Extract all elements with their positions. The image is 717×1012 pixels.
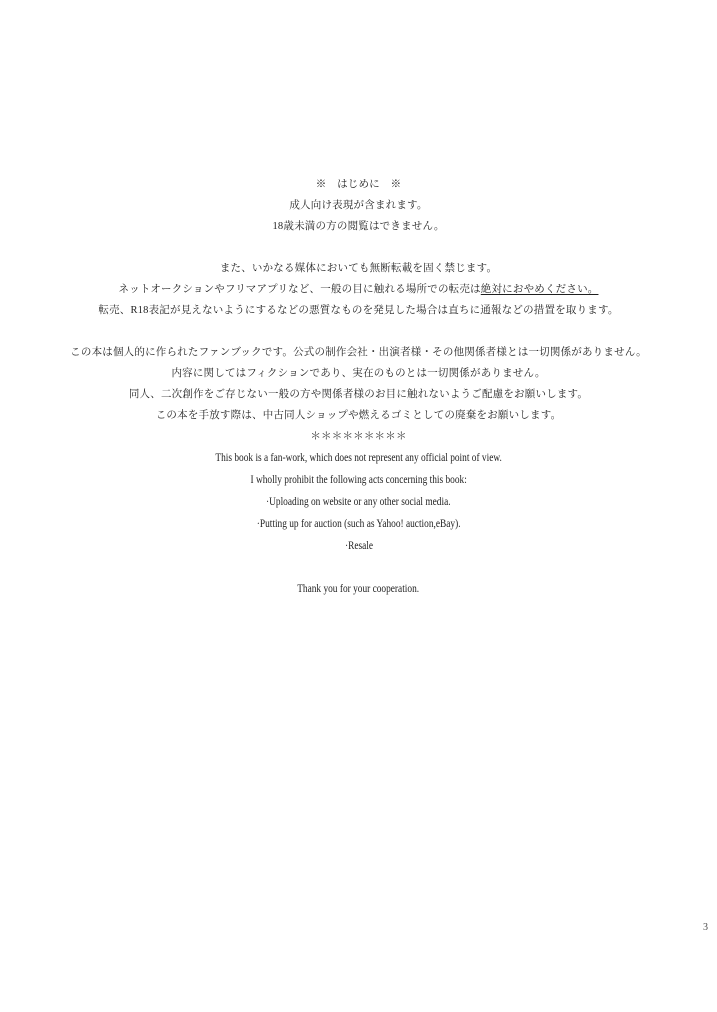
- report-line: 転売、R18表記が見えないようにするなどの悪質なものを発見した場合は直ちに通報な…: [0, 300, 717, 321]
- notice-text-column: ※ はじめに ※ 成人向け表現が含まれます。 18歳未満の方の閲覧はできません。…: [0, 174, 717, 600]
- en-resale-item: ·Resale: [0, 535, 717, 557]
- closing-line: Thank you for your cooperation.: [0, 578, 717, 600]
- adult-content-line: 成人向け表現が含まれます。: [0, 195, 717, 216]
- repost-warning-block: また、いかなる媒体においても無断転載を固く禁じます。 ネットオークションやフリマ…: [0, 258, 717, 321]
- fanbook-line: この本は個人的に作られたファンブックです。公式の制作会社・出演者様・その他関係者…: [0, 342, 717, 363]
- scanned-document-page: ※ はじめに ※ 成人向け表現が含まれます。 18歳未満の方の閲覧はできません。…: [0, 0, 717, 1012]
- en-auction-item: ·Putting up for auction (such as Yahoo! …: [0, 513, 717, 535]
- consideration-line: 同人、二次創作をご存じない一般の方や関係者様のお目に触れないようご配慮をお願いし…: [0, 384, 717, 405]
- age-restriction-line: 18歳未満の方の閲覧はできません。: [0, 216, 717, 237]
- page-number: 3: [703, 921, 708, 935]
- disposal-line: この本を手放す際は、中古同人ショップや燃えるゴミとしての廃棄をお願いします。: [0, 405, 717, 426]
- en-fanwork-line: This book is a fan-work, which does not …: [0, 447, 717, 469]
- header-block: ※ はじめに ※ 成人向け表現が含まれます。 18歳未満の方の閲覧はできません。: [0, 174, 717, 237]
- no-resale-underlined-text: 絶対におやめください。: [481, 284, 599, 295]
- no-resale-prefix: ネットオークションやフリマアプリなど、一般の目に触れる場所での転売は: [119, 284, 481, 295]
- section-title: ※ はじめに ※: [0, 174, 717, 195]
- no-resale-line: ネットオークションやフリマアプリなど、一般の目に触れる場所での転売は絶対におやめ…: [0, 279, 717, 300]
- disclaimer-block: この本は個人的に作られたファンブックです。公式の制作会社・出演者様・その他関係者…: [0, 342, 717, 557]
- no-repost-line: また、いかなる媒体においても無断転載を固く禁じます。: [0, 258, 717, 279]
- asterisk-divider: ＊＊＊＊＊＊＊＊＊: [0, 426, 717, 447]
- en-prohibit-line: I wholly prohibit the following acts con…: [0, 469, 717, 491]
- fiction-line: 内容に関してはフィクションであり、実在のものとは一切関係がありません。: [0, 363, 717, 384]
- en-upload-item: ·Uploading on website or any other socia…: [0, 491, 717, 513]
